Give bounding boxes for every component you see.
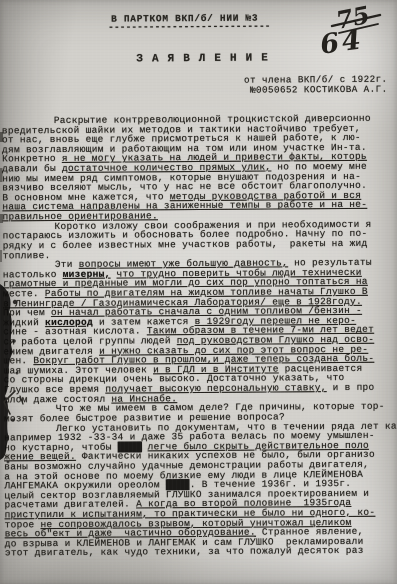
sender-name-line: №0050652 КОСТИКОВА А.Г. — [244, 85, 388, 96]
sender-block: от члена ВКП/б/ с 1922г. №0050652 КОСТИК… — [244, 75, 388, 96]
statement-title: З А Я В Л Е Н И Е — [136, 53, 269, 66]
header-dashed-rule: ---------------------------- — [108, 20, 271, 32]
document-page: В ПАРТКОМ ВКП/б/ НИИ №3 ----------------… — [0, 0, 397, 584]
body-line: этот двигатель, как чудо техники, за что… — [5, 546, 397, 558]
text-segment: этот двигатель, как чудо техники, за что… — [5, 545, 364, 559]
document-body: Раскрытие контрреволюционной троцкистско… — [2, 114, 397, 559]
handwritten-page-number: 64 — [318, 24, 365, 60]
text-segment: и в про — [327, 382, 375, 393]
text-segment: топливе. — [3, 250, 51, 261]
